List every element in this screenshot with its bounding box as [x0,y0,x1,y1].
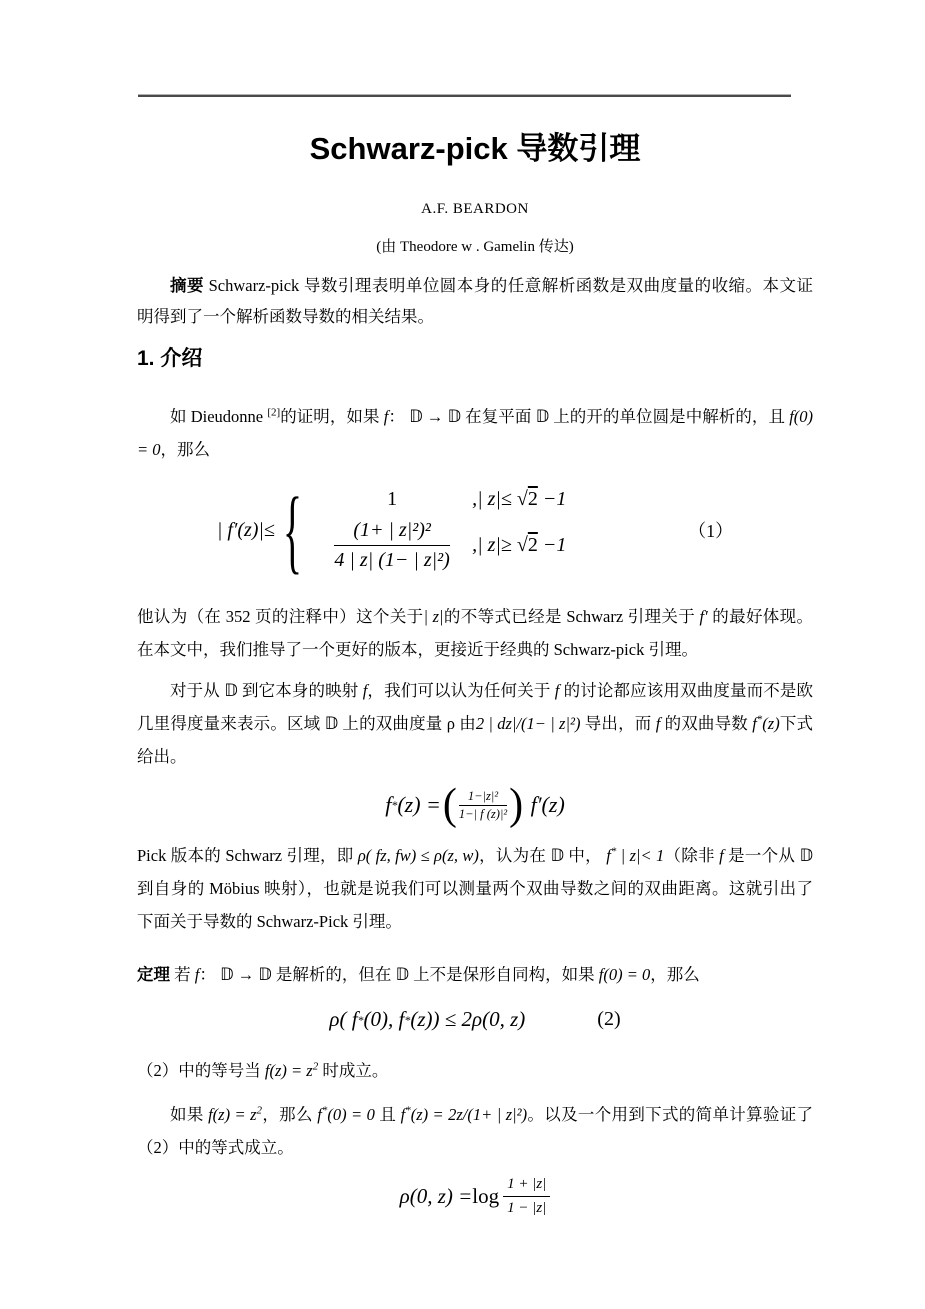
text-run: 到自身的 Möbius 映射），也就是说我们可以测量两个双曲导数之间的双曲距离。… [137,879,813,931]
document-page: Schwarz-pick 导数引理 A.F. BEARDON (由 Theodo… [0,0,925,1309]
eq3-fraction: 1 + |z| 1 − |z| [503,1176,550,1217]
text-run: 定理 [137,965,170,984]
text-run: ，那么 [161,440,211,459]
fraction-numerator: 1−|z|² [459,789,507,806]
math-inline: f′ [700,607,708,626]
math-inline: (0) = 0 [327,1105,375,1124]
paragraph-theorem: 定理 若 f： 𝔻 → 𝔻 是解析的，但在 𝔻 上不是保形自同构，如果 f(0)… [137,958,813,991]
math-inline: | z|< 1 [616,846,664,865]
radical-icon: √ [517,534,528,556]
case-2-condition: ,| z|≥ √2 −1 [472,534,642,557]
section-heading-introduction: 1. 介绍 [137,344,813,373]
paragraph-5: （2）中的等号当 f(z) = z2 时成立。 [137,1054,813,1087]
math-inline: 𝔻 [224,681,238,700]
text-run: 如 Dieudonne [170,407,267,426]
text-run: 的证明，如果 [280,407,384,426]
text-run: ，那么 [262,1105,317,1124]
text-run: 若 [170,965,195,984]
case-1-value: 1 [387,488,397,511]
math-inline: 𝔻 [550,846,564,865]
equation-1-cases: 1 ,| z|≤ √2 −1 (1+ | z|²)² 4 | z| (1− | … [312,488,642,572]
text-run: 摘要 [170,276,204,295]
author-line: A.F. BEARDON [137,201,813,218]
paragraph-6: 如果 f(z) = z2，那么 f*(0) = 0 且 f*(z) = 2z/(… [137,1098,813,1164]
math-inline: 𝔻 [536,407,550,426]
math-inline: ρ( fz, fw) ≤ ρ(z, w) [358,846,479,865]
paragraph-1: 如 Dieudonne [2]的证明，如果 f： 𝔻 → 𝔻 在复平面 𝔻 上的… [137,400,813,466]
text-run: 的不等式已经是 Schwarz 引理关于 [444,607,700,626]
text-run: ，我们可以认为任何关于 [367,681,554,700]
paragraph-4: Pick 版本的 Schwarz 引理，即 ρ( fz, fw) ≤ ρ(z, … [137,839,813,938]
math-inline: (z) [762,714,779,733]
case-row-2: (1+ | z|²)² 4 | z| (1− | z|²) ,| z|≥ √2 … [312,519,642,572]
equation-1: | f′(z)|≤ { 1 ,| z|≤ √2 −1 (1+ | z|²)² 4… [137,478,813,582]
text-run: （2）中的等号当 [137,1061,265,1080]
right-paren: ) [509,780,523,830]
log-operator: log [472,1184,499,1209]
text-run: 如果 [170,1105,208,1124]
text-run: 上不是保形自同构，如果 [409,965,599,984]
text-run: 中， [564,846,606,865]
text-run: ，那么 [650,965,700,984]
math-inline: f(z) = z [265,1061,313,1080]
math-inline: 2 | dz|/(1− | z|²) [476,714,581,733]
communicated-line: (由 Theodore w . Gamelin 传达) [137,235,813,256]
page-content: Schwarz-pick 导数引理 A.F. BEARDON (由 Theodo… [137,129,813,1219]
case-row-1: 1 ,| z|≤ √2 −1 [312,488,642,511]
math-inline: (z) = 2z/(1+ | z|²) [411,1105,527,1124]
math-inline: | z| [424,607,444,626]
text-run: 是一个从 [724,846,800,865]
eqstar-rhs: f′(z) [525,792,565,818]
paragraph-3: 对于从 𝔻 到它本身的映射 f，我们可以认为任何关于 f 的讨论都应该用双曲度量… [137,674,813,773]
math-inline: 𝔻 → 𝔻 [220,965,272,984]
math-inline: 𝔻 [325,714,339,733]
math-inline: 𝔻 [396,965,410,984]
text-run: 上的开的单位圆是中解析的，且 [549,407,789,426]
text-run: 时成立。 [318,1061,388,1080]
text-run: 是解析的，但在 [272,965,396,984]
text-run: 到它本身的映射 [238,681,363,700]
text-run: [2] [267,407,280,419]
paragraph-2: 他认为（在 352 页的注释中）这个关于| z|的不等式已经是 Schwarz … [137,600,813,666]
text-run: ： [199,965,220,984]
left-paren: ( [443,780,457,830]
text-run: 他认为（在 352 页的注释中）这个关于 [137,607,424,626]
fraction-numerator: (1+ | z|²)² [334,519,449,546]
text-run: 的双曲导数 [660,714,752,733]
text-run: 对于从 [170,681,224,700]
text-run: Schwarz-pick 导数引理表明单位圆本身的任意解析函数是双曲度量的收缩。… [137,276,813,326]
text-run: 在复平面 [461,407,536,426]
fraction-denominator: 1 − |z| [503,1197,550,1217]
text-run: ： [388,407,409,426]
text-run: （除非 [664,846,719,865]
fraction-denominator: 1−| f (z)|² [459,806,507,822]
equation-hyperbolic-derivative: f*(z) = ( 1−|z|² 1−| f (z)|² ) f′(z) [137,781,813,829]
math-inline: f(0) = 0 [599,965,650,984]
equation-2-number: (2) [597,1008,620,1031]
equation-1-number: （1） [688,517,733,543]
page-title: Schwarz-pick 导数引理 [137,129,813,169]
text-run: 导出，而 [580,714,655,733]
radical-icon: √ [517,488,528,510]
left-brace: { [283,475,302,585]
equation-1-lhs: | f′(z)|≤ [217,519,275,542]
abstract-paragraph: 摘要 Schwarz-pick 导数引理表明单位圆本身的任意解析函数是双曲度量的… [137,270,813,332]
header-rule [138,94,791,97]
text-run: ，认为在 [479,846,551,865]
equation-rho-distance: ρ(0, z) = log 1 + |z| 1 − |z| [137,1173,813,1219]
case-1-condition: ,| z|≤ √2 −1 [472,488,642,511]
fraction-numerator: 1 + |z| [503,1176,550,1197]
eqstar-fraction: 1−|z|² 1−| f (z)|² [459,789,507,822]
case-2-fraction: (1+ | z|²)² 4 | z| (1− | z|²) [334,519,449,572]
math-inline: f(z) = z [208,1105,256,1124]
fraction-denominator: 4 | z| (1− | z|²) [334,546,449,572]
text-run: 且 [375,1105,401,1124]
text-run: 上的双曲度量 ρ 由 [338,714,476,733]
math-inline: 𝔻 [800,846,814,865]
equation-2: ρ( f*(0), f*(z)) ≤ 2ρ(0, z) (2) [137,1003,813,1036]
math-inline: 𝔻 → 𝔻 [409,407,461,426]
text-run: Pick 版本的 Schwarz 引理，即 [137,846,358,865]
